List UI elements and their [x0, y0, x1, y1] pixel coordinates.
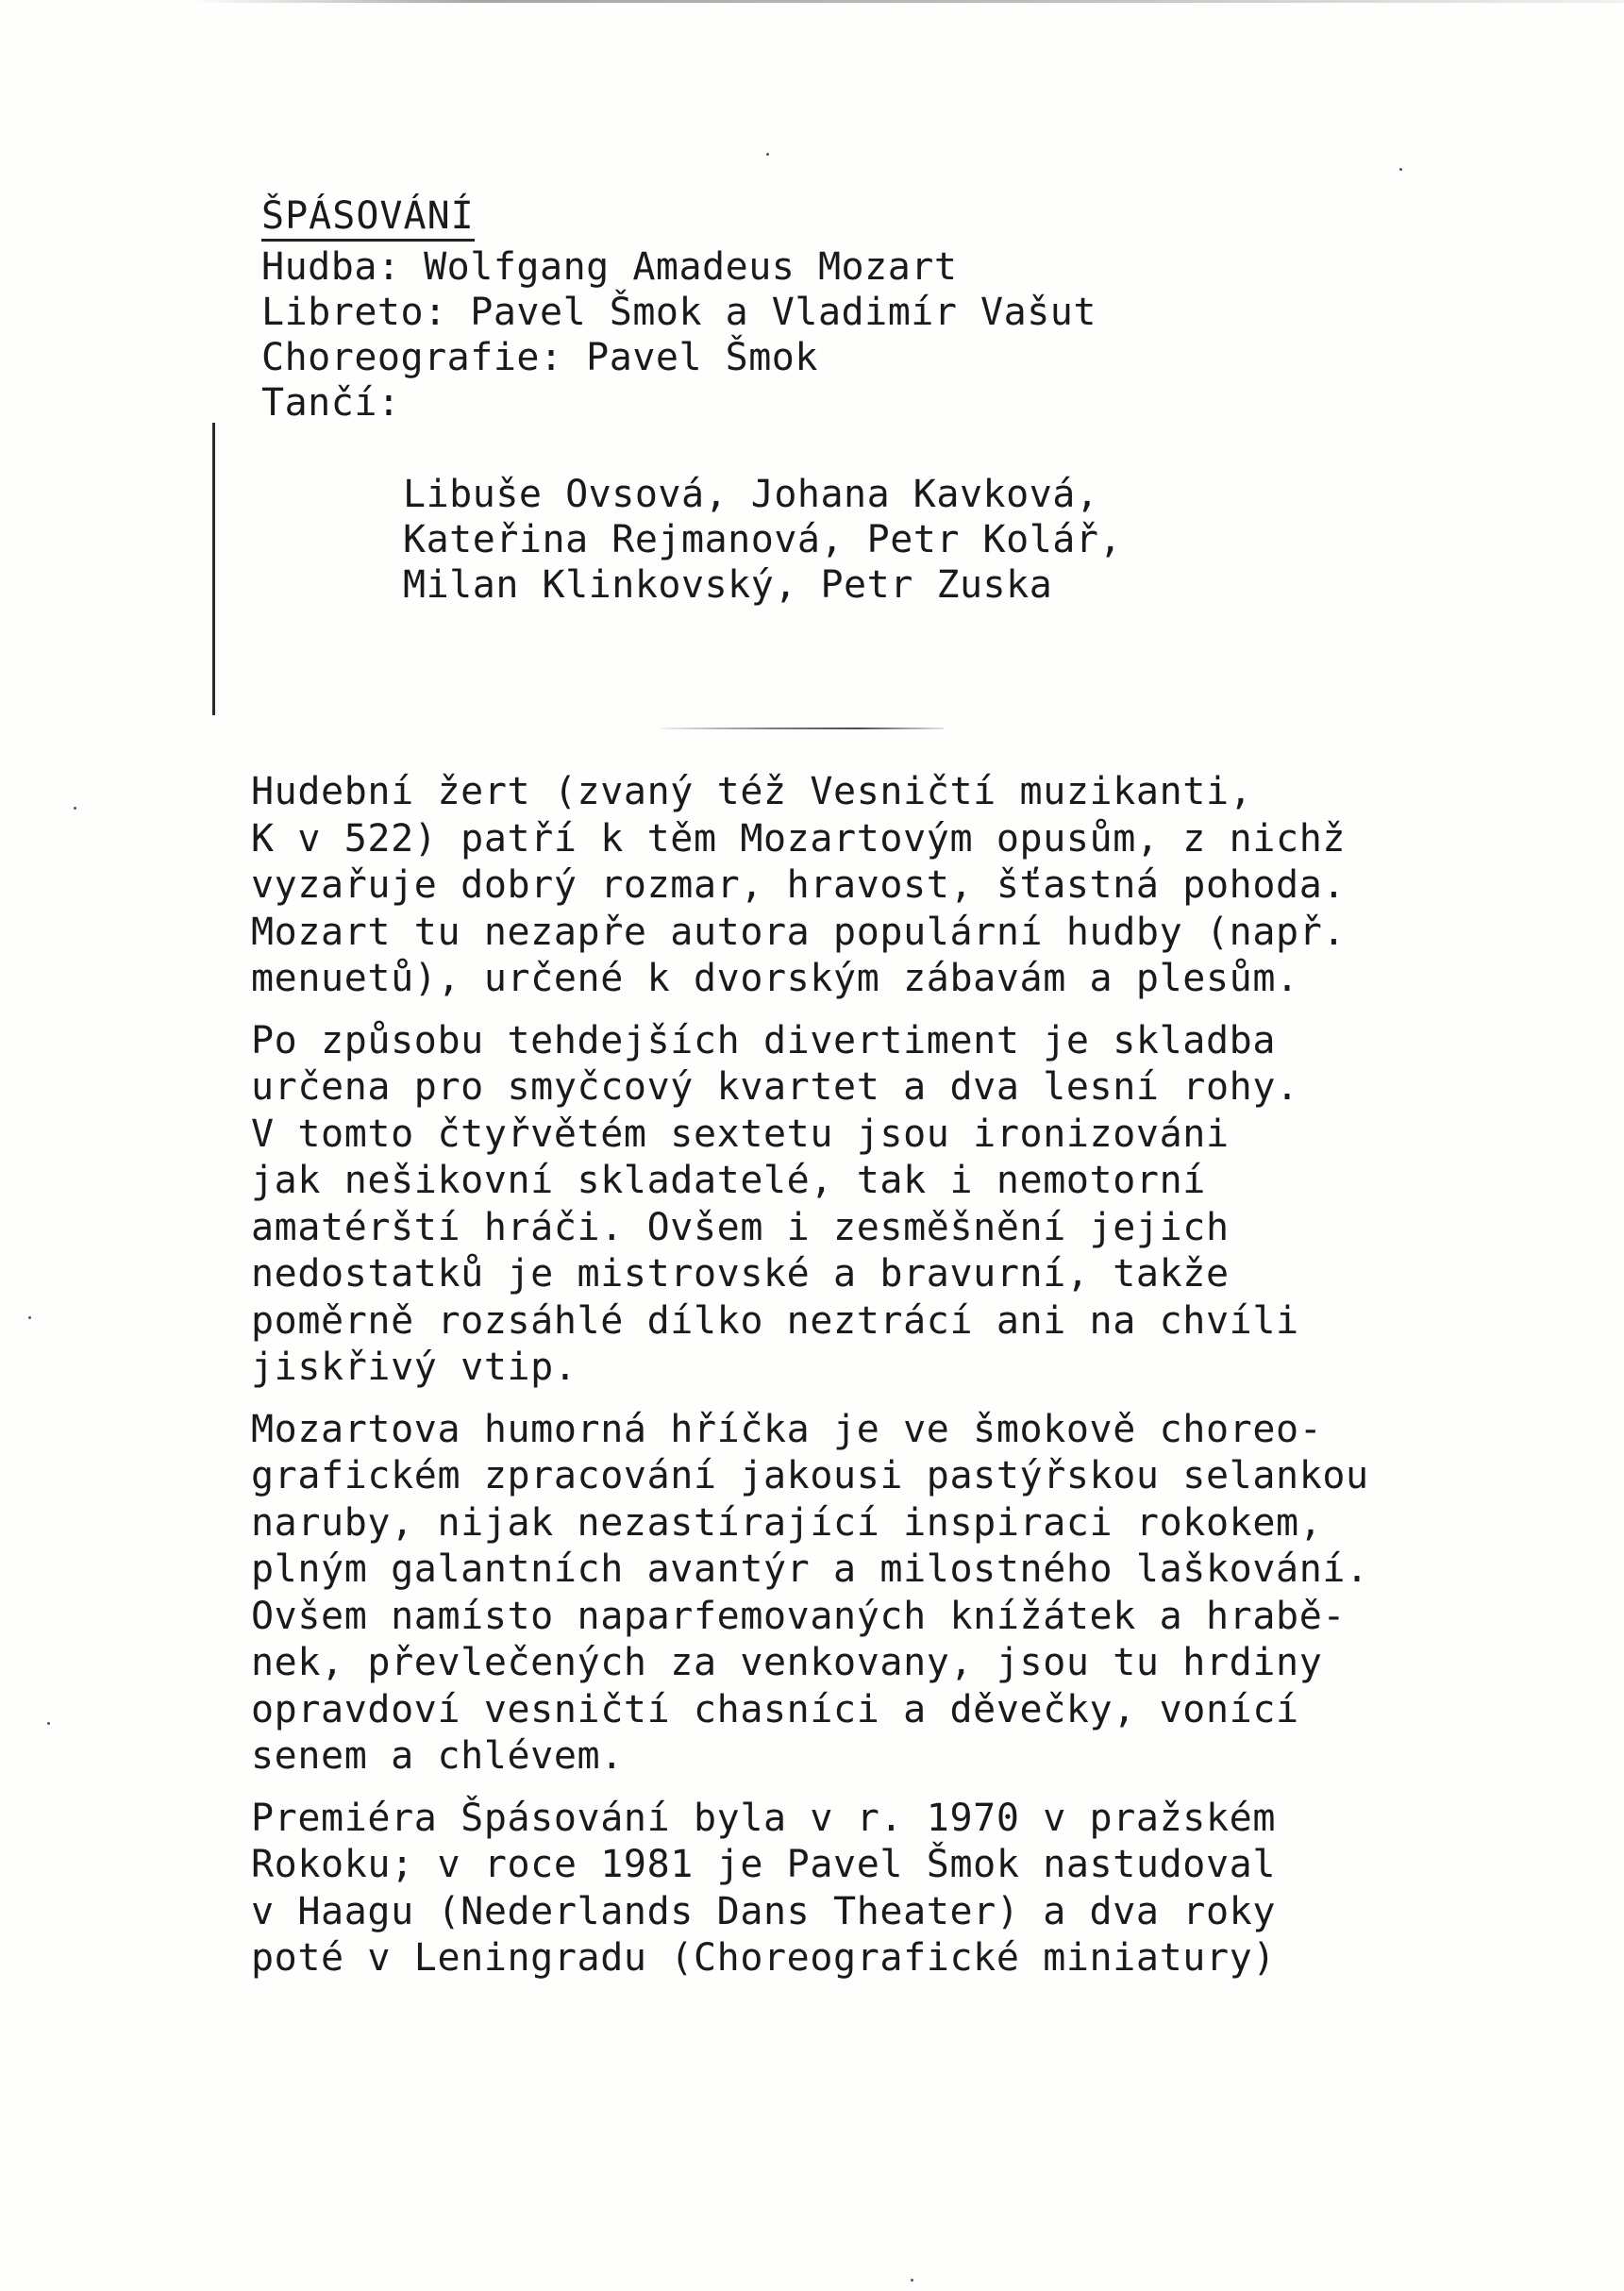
text-line: senem a chlévem.: [251, 1733, 1369, 1781]
body-text: Hudební žert (zvaný též Vesničtí muzikan…: [251, 769, 1369, 1998]
scan-speck: [47, 1722, 50, 1725]
scan-speck: [766, 153, 769, 156]
paragraph-choreography: Mozartova humorná hříčka je ve šmokově c…: [251, 1407, 1369, 1781]
text-line: poměrně rozsáhlé dílko neztrácí ani na c…: [251, 1298, 1369, 1346]
text-line: jak nešikovní skladatelé, tak i nemotorn…: [251, 1158, 1369, 1205]
text-line: menuetů), určené k dvorským zábavám a pl…: [251, 956, 1369, 1003]
credits-block: Hudba: Wolfgang Amadeus Mozart Libreto: …: [261, 244, 1097, 426]
text-line: Ovšem namísto naparfemovaných knížátek a…: [251, 1594, 1369, 1641]
credit-libretto: Libreto: Pavel Šmok a Vladimír Vašut: [261, 290, 1097, 335]
text-line: V tomto čtyřvětém sextetu jsou ironizová…: [251, 1112, 1369, 1159]
credit-choreography: Choreografie: Pavel Šmok: [261, 335, 1097, 380]
page-top-edge-shadow: [189, 0, 1624, 3]
text-line: nek, převlečených za venkovany, jsou tu …: [251, 1640, 1369, 1687]
section-separator-line: [661, 727, 944, 729]
text-line: určena pro smyčcový kvartet a dva lesní …: [251, 1064, 1369, 1112]
scan-speck: [1399, 168, 1402, 171]
text-line: Premiéra Špásování byla v r. 1970 v praž…: [251, 1796, 1369, 1843]
scan-speck: [74, 807, 76, 810]
document-title: ŠPÁSOVÁNÍ: [261, 193, 475, 242]
scan-speck: [911, 2279, 913, 2282]
dancers-line: Milan Klinkovský, Petr Zuska: [403, 562, 1122, 608]
text-line: vyzařuje dobrý rozmar, hravost, šťastná …: [251, 862, 1369, 910]
text-line: jiskřivý vtip.: [251, 1345, 1369, 1392]
text-line: Po způsobu tehdejších divertiment je skl…: [251, 1018, 1369, 1065]
text-line: naruby, nijak nezastírající inspiraci ro…: [251, 1500, 1369, 1547]
text-line: Rokoku; v roce 1981 je Pavel Šmok nastud…: [251, 1842, 1369, 1889]
text-line: K v 522) patří k těm Mozartovým opusům, …: [251, 816, 1369, 863]
text-line: amatérští hráči. Ovšem i zesměšnění jeji…: [251, 1205, 1369, 1252]
text-line: plným galantních avantýr a milostného la…: [251, 1547, 1369, 1594]
text-line: Hudební žert (zvaný též Vesničtí muzikan…: [251, 769, 1369, 816]
text-line: poté v Leningradu (Choreografické miniat…: [251, 1935, 1369, 1982]
paragraph-instrumentation: Po způsobu tehdejších divertiment je skl…: [251, 1018, 1369, 1392]
text-line: opravdoví vesničtí chasníci a děvečky, v…: [251, 1687, 1369, 1734]
credit-dancers-label: Tančí:: [261, 380, 1097, 426]
text-line: Mozartova humorná hříčka je ve šmokově c…: [251, 1407, 1369, 1454]
paragraph-description: Hudební žert (zvaný též Vesničtí muzikan…: [251, 769, 1369, 1003]
dancers-line: Libuše Ovsová, Johana Kavková,: [403, 472, 1122, 517]
text-line: Mozart tu nezapře autora populární hudby…: [251, 910, 1369, 957]
margin-vertical-line: [212, 423, 215, 715]
dancers-line: Kateřina Rejmanová, Petr Kolář,: [403, 517, 1122, 562]
text-line: nedostatků je mistrovské a bravurní, tak…: [251, 1251, 1369, 1298]
text-line: v Haagu (Nederlands Dans Theater) a dva …: [251, 1889, 1369, 1936]
text-line: grafickém zpracování jakousi pastýřskou …: [251, 1453, 1369, 1500]
scan-speck: [28, 1316, 31, 1319]
dancers-list: Libuše Ovsová, Johana Kavková, Kateřina …: [403, 472, 1122, 608]
credit-music: Hudba: Wolfgang Amadeus Mozart: [261, 244, 1097, 290]
paragraph-premiere: Premiéra Špásování byla v r. 1970 v praž…: [251, 1796, 1369, 1982]
